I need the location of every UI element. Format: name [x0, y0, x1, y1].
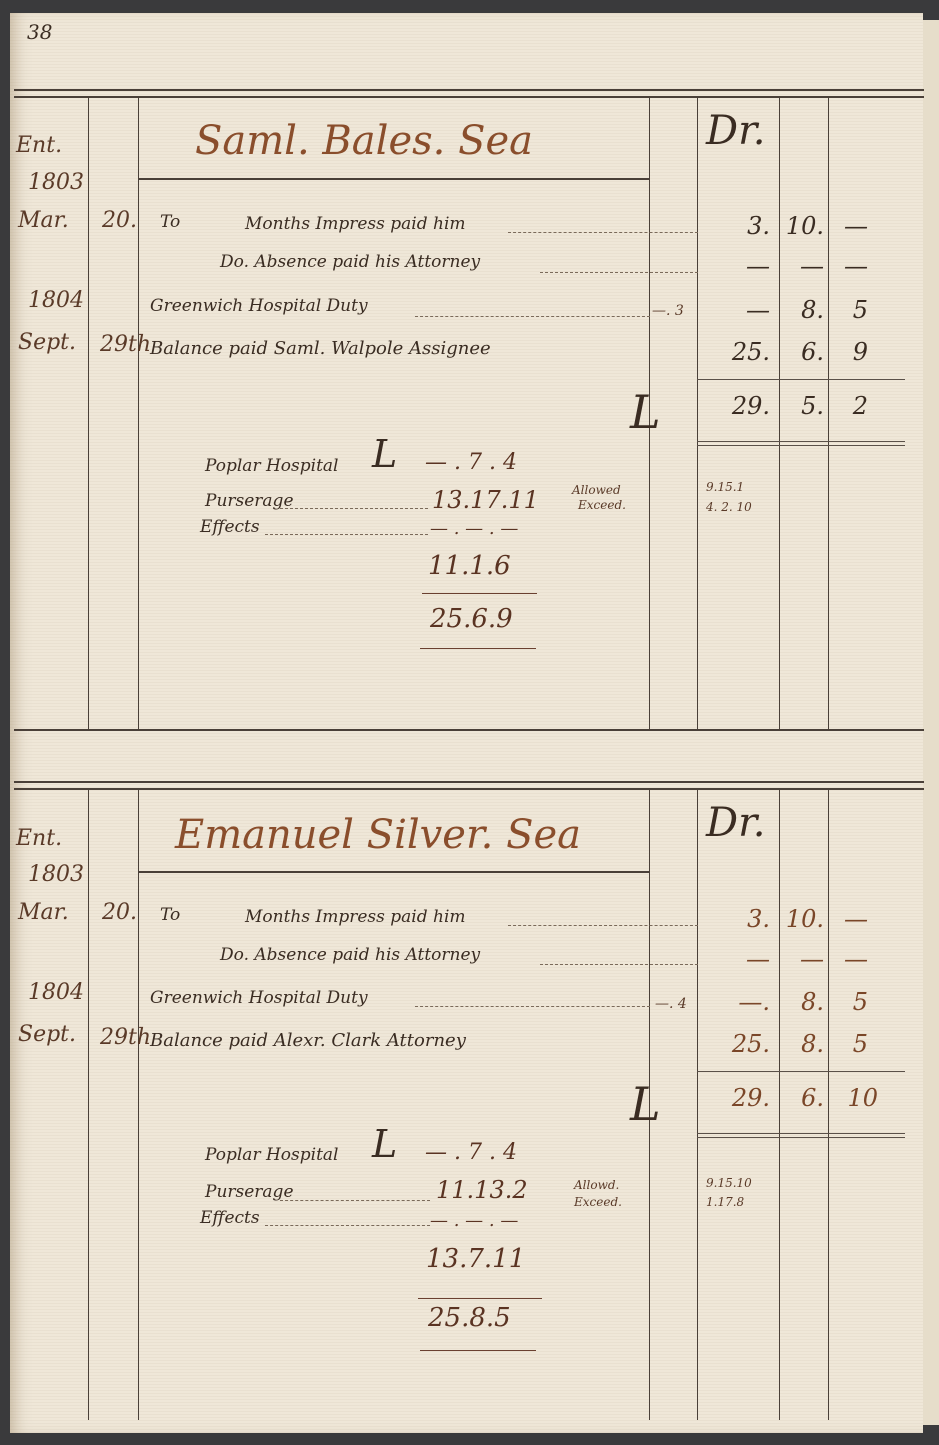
leader-dots — [508, 232, 698, 233]
col-line — [828, 96, 829, 729]
account-holder-name: Emanuel Silver. Sea — [175, 812, 581, 858]
day: 29th — [100, 1025, 151, 1050]
pounds: — — [700, 945, 770, 973]
description: Do. Absence paid his Attorney — [220, 252, 480, 272]
poplar-hospital-value: — . 7 . 4 — [425, 1140, 517, 1165]
total-pence: 10 — [838, 1084, 878, 1112]
pence: — — [838, 252, 868, 280]
breakdown-total: 25.6.9 — [430, 604, 513, 634]
rule-header — [138, 178, 649, 180]
description: Months Impress paid him — [245, 907, 466, 927]
year: 1804 — [28, 288, 84, 313]
description: Greenwich Hospital Duty — [150, 296, 368, 316]
entered-label: Ent. — [16, 133, 62, 158]
month: Mar. — [18, 208, 69, 233]
effects-label: Effects — [200, 1208, 260, 1228]
month: Sept. — [18, 1022, 76, 1047]
shillings: 8. — [782, 296, 824, 324]
rule-top — [14, 781, 924, 783]
total-pounds: 29. — [700, 1084, 770, 1112]
description: Do. Absence paid his Attorney — [220, 945, 480, 965]
pounds: — — [700, 296, 770, 324]
debit-header: Dr. — [706, 108, 766, 154]
shillings: — — [782, 945, 824, 973]
col-line — [88, 96, 89, 729]
pence: 5 — [838, 988, 868, 1016]
exceed-value: 4. 2. 10 — [706, 500, 752, 514]
pound-symbol: L — [630, 385, 661, 439]
effects-value: — . — . — — [430, 1210, 518, 1231]
year: 1803 — [28, 862, 84, 887]
leader-dots — [265, 534, 428, 535]
exceed-label: Exceed. — [574, 1195, 622, 1209]
col-line — [779, 788, 780, 1420]
leader-dots — [415, 316, 650, 317]
total-pence: 2 — [838, 392, 868, 420]
col-line — [828, 788, 829, 1420]
col-line — [138, 96, 139, 729]
pence: — — [838, 945, 868, 973]
rule-header — [138, 871, 649, 873]
col-line — [697, 96, 698, 729]
shillings: 10. — [782, 212, 824, 240]
pounds: 25. — [700, 338, 770, 366]
leader-dots — [508, 925, 698, 926]
col-line — [88, 788, 89, 1420]
page-number: 38 — [27, 20, 52, 44]
rule-total-double — [697, 1137, 905, 1138]
rule-subtotal — [418, 1298, 542, 1299]
description: Greenwich Hospital Duty — [150, 988, 368, 1008]
poplar-hospital-label: Poplar Hospital — [205, 456, 338, 476]
rule-total-double — [697, 1133, 905, 1134]
margin-note: —. 3 — [652, 303, 684, 319]
month: Mar. — [18, 900, 69, 925]
rule-subtotal — [422, 593, 537, 594]
leader-dots — [540, 272, 698, 273]
subtotal: 11.1.6 — [428, 551, 511, 581]
allowed-label: Allowd. — [574, 1178, 619, 1192]
month: Sept. — [18, 330, 76, 355]
rule-top — [14, 89, 924, 91]
breakdown-total: 25.8.5 — [428, 1303, 511, 1333]
purserage-label: Purserage — [205, 1182, 294, 1202]
rule-total — [697, 1071, 905, 1072]
poplar-hospital-value: — . 7 . 4 — [425, 450, 517, 475]
leader-dots — [280, 1200, 430, 1201]
pence: 5 — [838, 1030, 868, 1058]
total-shillings: 6. — [782, 1084, 824, 1112]
day: 29th — [100, 332, 151, 357]
leader-dots — [540, 964, 698, 965]
col-line — [697, 788, 698, 1420]
day: 20. — [102, 208, 137, 233]
year: 1803 — [28, 170, 84, 195]
exceed-label: Exceed. — [578, 498, 626, 512]
allowed-value: 9.15.10 — [706, 1176, 752, 1190]
rule-total-double — [697, 445, 905, 446]
pound-symbol: L — [630, 1077, 661, 1131]
pound-symbol: L — [372, 432, 397, 476]
pounds: 3. — [700, 905, 770, 933]
pound-symbol: L — [372, 1122, 397, 1166]
page-edge — [923, 20, 939, 1425]
poplar-hospital-label: Poplar Hospital — [205, 1145, 338, 1165]
description: Months Impress paid him — [245, 214, 466, 234]
pence: — — [838, 212, 868, 240]
subtotal: 13.7.11 — [426, 1244, 525, 1274]
description: Balance paid Saml. Walpole Assignee — [150, 338, 491, 359]
leader-dots — [415, 1006, 650, 1007]
description: Balance paid Alexr. Clark Attorney — [150, 1030, 466, 1051]
pence: 5 — [838, 296, 868, 324]
rule-total-underline — [420, 648, 536, 649]
purserage-value: 13.17.11 — [432, 486, 539, 514]
effects-value: — . — . — — [430, 518, 518, 539]
pounds: —. — [700, 988, 770, 1016]
total-shillings: 5. — [782, 392, 824, 420]
exceed-value: 1.17.8 — [706, 1195, 744, 1209]
day: 20. — [102, 900, 137, 925]
shillings: 8. — [782, 1030, 824, 1058]
shillings: 10. — [782, 905, 824, 933]
rule-total-double — [697, 441, 905, 442]
rule-total — [697, 379, 905, 380]
leader-dots — [280, 508, 428, 509]
entered-label: Ent. — [16, 826, 62, 851]
pounds: — — [700, 252, 770, 280]
rule-total-underline — [420, 1350, 536, 1351]
pence: 9 — [838, 338, 868, 366]
pounds: 25. — [700, 1030, 770, 1058]
rule-top-2 — [14, 96, 924, 98]
prefix: To — [160, 905, 180, 925]
col-line — [779, 96, 780, 729]
shillings: 8. — [782, 988, 824, 1016]
pence: — — [838, 905, 868, 933]
allowed-value: 9.15.1 — [706, 480, 744, 494]
purserage-value: 11.13.2 — [436, 1176, 528, 1204]
rule-top-2 — [14, 788, 924, 790]
prefix: To — [160, 212, 180, 232]
leader-dots — [265, 1225, 430, 1226]
year: 1804 — [28, 980, 84, 1005]
allowed-label: Allowed — [572, 483, 621, 497]
debit-header: Dr. — [706, 800, 766, 846]
effects-label: Effects — [200, 517, 260, 537]
shillings: 6. — [782, 338, 824, 366]
col-line — [138, 788, 139, 1420]
pounds: 3. — [700, 212, 770, 240]
margin-note: —. 4 — [655, 996, 687, 1012]
total-pounds: 29. — [700, 392, 770, 420]
shillings: — — [782, 252, 824, 280]
rule-bottom — [14, 729, 924, 731]
account-holder-name: Saml. Bales. Sea — [195, 118, 533, 164]
